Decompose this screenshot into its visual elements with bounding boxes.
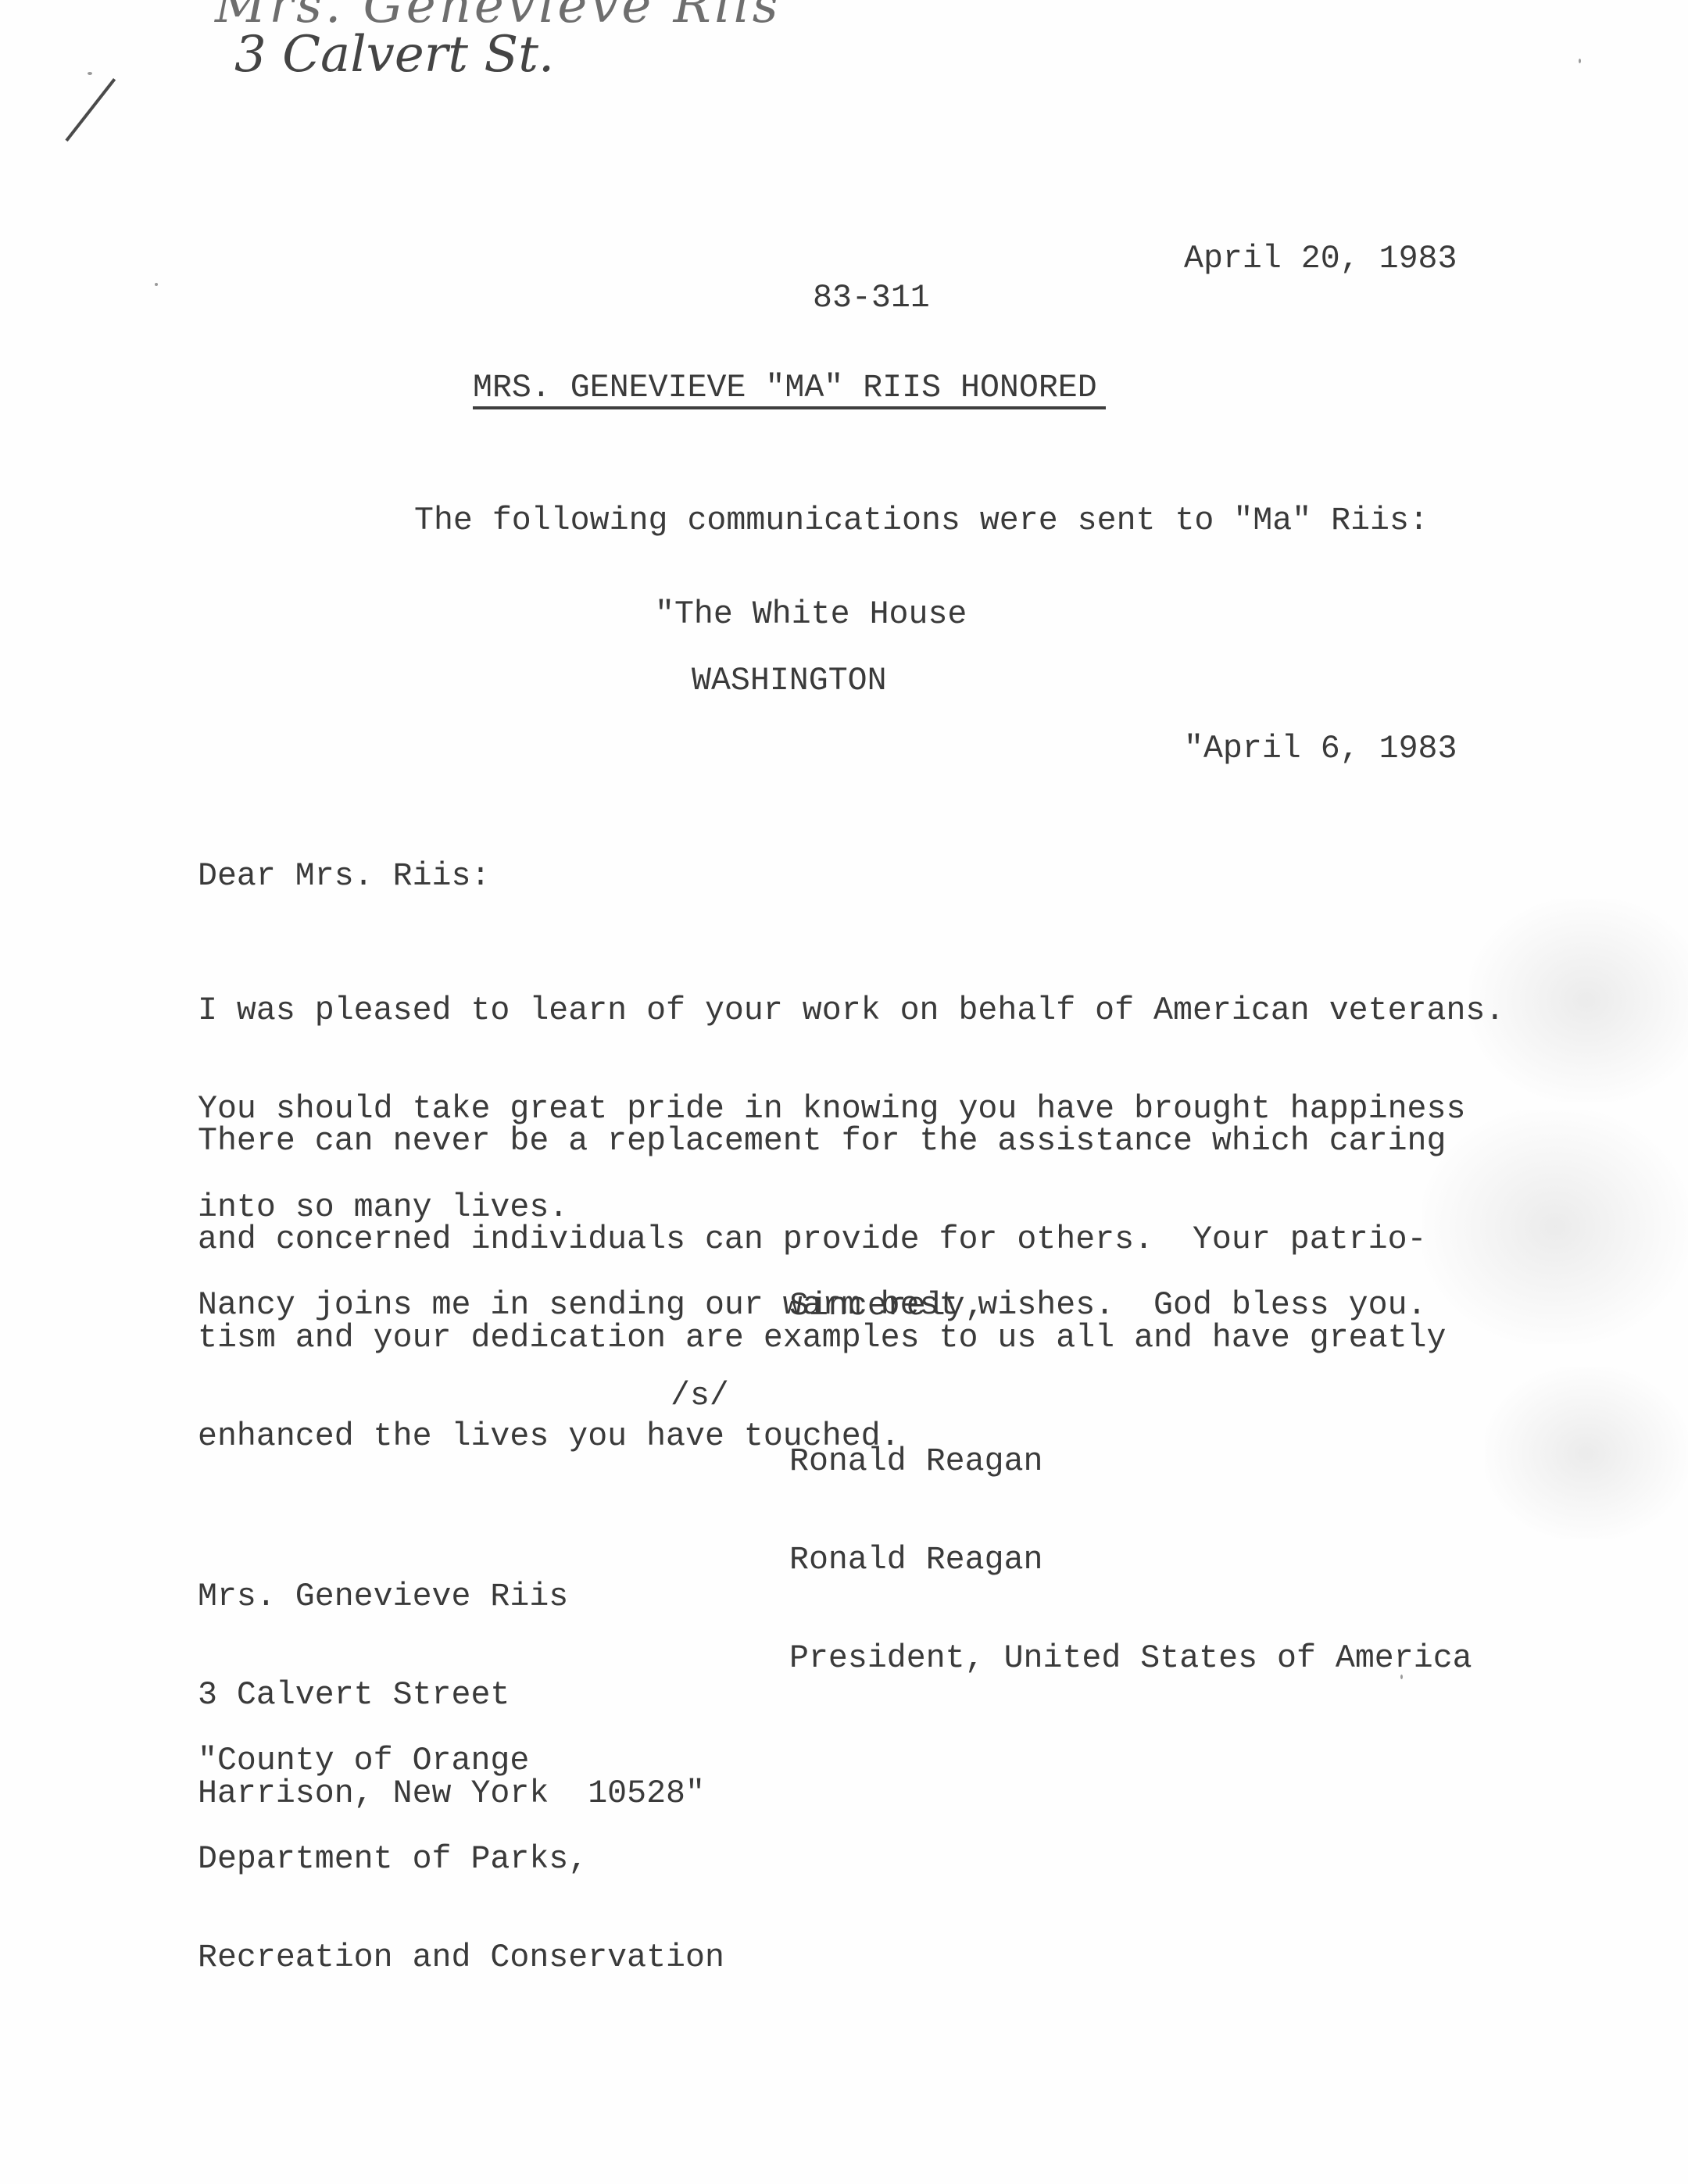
speck bbox=[1579, 59, 1581, 63]
letterhead-line: Department of Parks, bbox=[198, 1843, 724, 1876]
recipient-name: Mrs. Genevieve Riis bbox=[198, 1581, 705, 1614]
handwritten-slash-mark bbox=[65, 78, 116, 141]
paragraph-line: There can never be a replacement for the… bbox=[198, 1125, 1446, 1158]
signer-title: President, United States of America bbox=[789, 1642, 1472, 1675]
page-title: MRS. GENEVIEVE "MA" RIIS HONORED bbox=[473, 372, 1097, 405]
intro-text: The following communications were sent t… bbox=[414, 505, 1429, 538]
letter-date: "April 6, 1983 bbox=[1184, 733, 1457, 766]
closing: Sincerely, bbox=[789, 1290, 985, 1323]
letterhead-county: "County of Orange Department of Parks, R… bbox=[198, 1679, 724, 2040]
title-underline bbox=[473, 406, 1106, 409]
letterhead-washington: WASHINGTON bbox=[692, 665, 887, 698]
typed-name: Ronald Reagan bbox=[789, 1544, 1472, 1577]
letterhead-line: "County of Orange bbox=[198, 1745, 724, 1778]
signature-name: Ronald Reagan bbox=[789, 1446, 1472, 1478]
scan-noise bbox=[1485, 1367, 1688, 1539]
salutation: Dear Mrs. Riis: bbox=[198, 860, 490, 893]
release-date: April 20, 1983 bbox=[1184, 243, 1457, 276]
speck bbox=[155, 283, 158, 286]
signature-block: Ronald Reagan Ronald Reagan President, U… bbox=[789, 1380, 1472, 1741]
letterhead-white-house: "The White House bbox=[655, 599, 967, 631]
signature-mark: /s/ bbox=[671, 1380, 729, 1413]
paragraph-line: I was pleased to learn of your work on b… bbox=[198, 995, 1504, 1028]
document-page: Mrs. Genevieve Riis 3 Calvert St. April … bbox=[0, 0, 1688, 2184]
handwritten-tick bbox=[88, 72, 92, 75]
release-number: 83-311 bbox=[813, 282, 930, 315]
handwritten-note-line2: 3 Calvert St. bbox=[234, 27, 554, 82]
letterhead-line: Recreation and Conservation bbox=[198, 1942, 724, 1975]
